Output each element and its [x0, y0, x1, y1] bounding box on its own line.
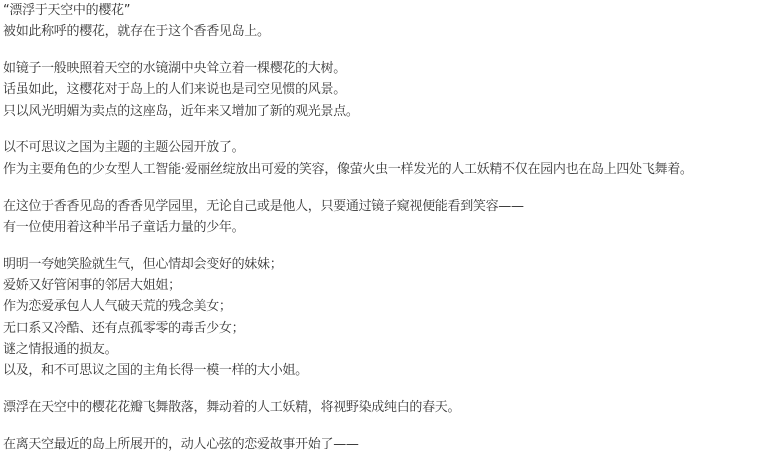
text-line: 在离天空最近的岛上所展开的，动人心弦的恋爱故事开始了——: [3, 434, 761, 455]
text-line: 以及，和不可思议之国的主角长得一模一样的大小姐。: [3, 360, 761, 381]
text-line: 被如此称呼的樱花，就存在于这个香香见岛上。: [3, 21, 761, 42]
text-line: 以不可思议之国为主题的主题公园开放了。: [3, 137, 761, 158]
text-line: 作为恋爱承包人人气破天荒的残念美女；: [3, 296, 761, 317]
text-line: “漂浮于天空中的樱花”: [3, 0, 761, 21]
text-line: 爱娇又好管闲事的邻居大姐姐；: [3, 275, 761, 296]
text-line: 在这位于香香见岛的香香见学园里，无论自己或是他人，只要通过镜子窥视便能看到笑容—…: [3, 196, 761, 217]
text-line: 漂浮在天空中的樱花花瓣飞舞散落，舞动着的人工妖精，将视野染成纯白的春天。: [3, 397, 761, 418]
paragraph-closing: 在离天空最近的岛上所展开的，动人心弦的恋爱故事开始了——: [3, 434, 761, 455]
text-line: 明明一夸她笑脸就生气，但心情却会变好的妹妹；: [3, 254, 761, 275]
paragraph-intro: “漂浮于天空中的樱花” 被如此称呼的樱花，就存在于这个香香见岛上。: [3, 0, 761, 43]
text-line: 谜之情报通的损友。: [3, 339, 761, 360]
text-line: 只以风光明媚为卖点的这座岛，近年来又增加了新的观光景点。: [3, 101, 761, 122]
text-line: 无口系又冷酷、还有点孤零零的毒舌少女；: [3, 318, 761, 339]
paragraph-spring: 漂浮在天空中的樱花花瓣飞舞散落，舞动着的人工妖精，将视野染成纯白的春天。: [3, 397, 761, 418]
text-line: 如镜子一般映照着天空的水镜湖中央耸立着一棵樱花的大树。: [3, 58, 761, 79]
paragraph-characters: 明明一夸她笑脸就生气，但心情却会变好的妹妹； 爱娇又好管闲事的邻居大姐姐； 作为…: [3, 254, 761, 382]
text-line: 作为主要角色的少女型人工智能·爱丽丝绽放出可爱的笑容，像萤火虫一样发光的人工妖精…: [3, 159, 761, 180]
text-line: 有一位使用着这种半吊子童话力量的少年。: [3, 217, 761, 238]
paragraph-academy: 在这位于香香见岛的香香见学园里，无论自己或是他人，只要通过镜子窥视便能看到笑容—…: [3, 196, 761, 239]
document-body: “漂浮于天空中的樱花” 被如此称呼的樱花，就存在于这个香香见岛上。 如镜子一般映…: [0, 0, 761, 455]
paragraph-theme-park: 以不可思议之国为主题的主题公园开放了。 作为主要角色的少女型人工智能·爱丽丝绽放…: [3, 137, 761, 180]
paragraph-mirror-lake: 如镜子一般映照着天空的水镜湖中央耸立着一棵樱花的大树。 话虽如此，这樱花对于岛上…: [3, 58, 761, 122]
text-line: 话虽如此，这樱花对于岛上的人们来说也是司空见惯的风景。: [3, 79, 761, 100]
